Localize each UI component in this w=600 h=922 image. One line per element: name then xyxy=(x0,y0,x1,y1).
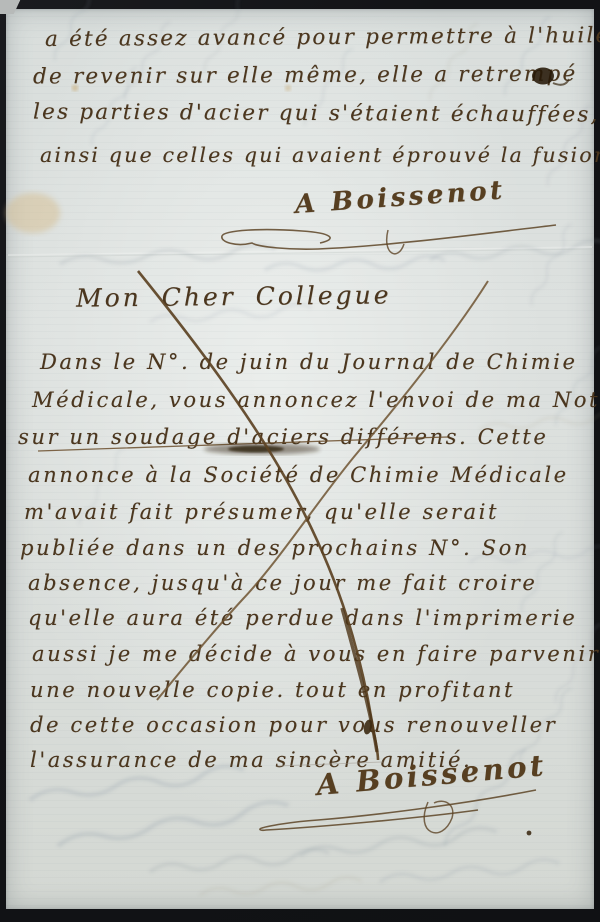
letter-line: publiée dans un des prochains N°. Son xyxy=(20,536,530,560)
letter-line: aussi je me décide à vous en faire parve… xyxy=(32,642,600,666)
salutation-line: Mon Cher Collegue xyxy=(76,280,392,312)
letter-line: une nouvelle copie. tout en profitant xyxy=(30,678,515,702)
letter-line: a été assez avancé pour permettre à l'hu… xyxy=(45,23,600,52)
letter-line: les parties d'acier qui s'étaient échauf… xyxy=(33,100,600,128)
letter-line: sur un soudage d'aciers différens. Cette xyxy=(18,425,548,449)
mat-corner xyxy=(0,0,30,14)
letter-line: qu'elle aura été perdue dans l'imprimeri… xyxy=(28,606,577,630)
letter-photo: a été assez avancé pour permettre à l'hu… xyxy=(0,0,600,922)
letter-line: annonce à la Société de Chimie Médicale xyxy=(28,463,569,487)
letter-line: de cette occasion pour vous renouveller xyxy=(30,713,557,737)
letter-line: m'avait fait présumer, qu'elle serait xyxy=(24,500,499,524)
letter-line: absence, jusqu'à ce jour me fait croire xyxy=(28,571,537,595)
letter-line: de revenir sur elle même, elle a retremp… xyxy=(33,62,577,90)
letter-line: ainsi que celles qui avaient éprouvé la … xyxy=(40,143,600,167)
letter-line: Médicale, vous annoncez l'envoi de ma No… xyxy=(32,388,600,412)
letter-line: Dans le N°. de juin du Journal de Chimie xyxy=(40,350,578,374)
